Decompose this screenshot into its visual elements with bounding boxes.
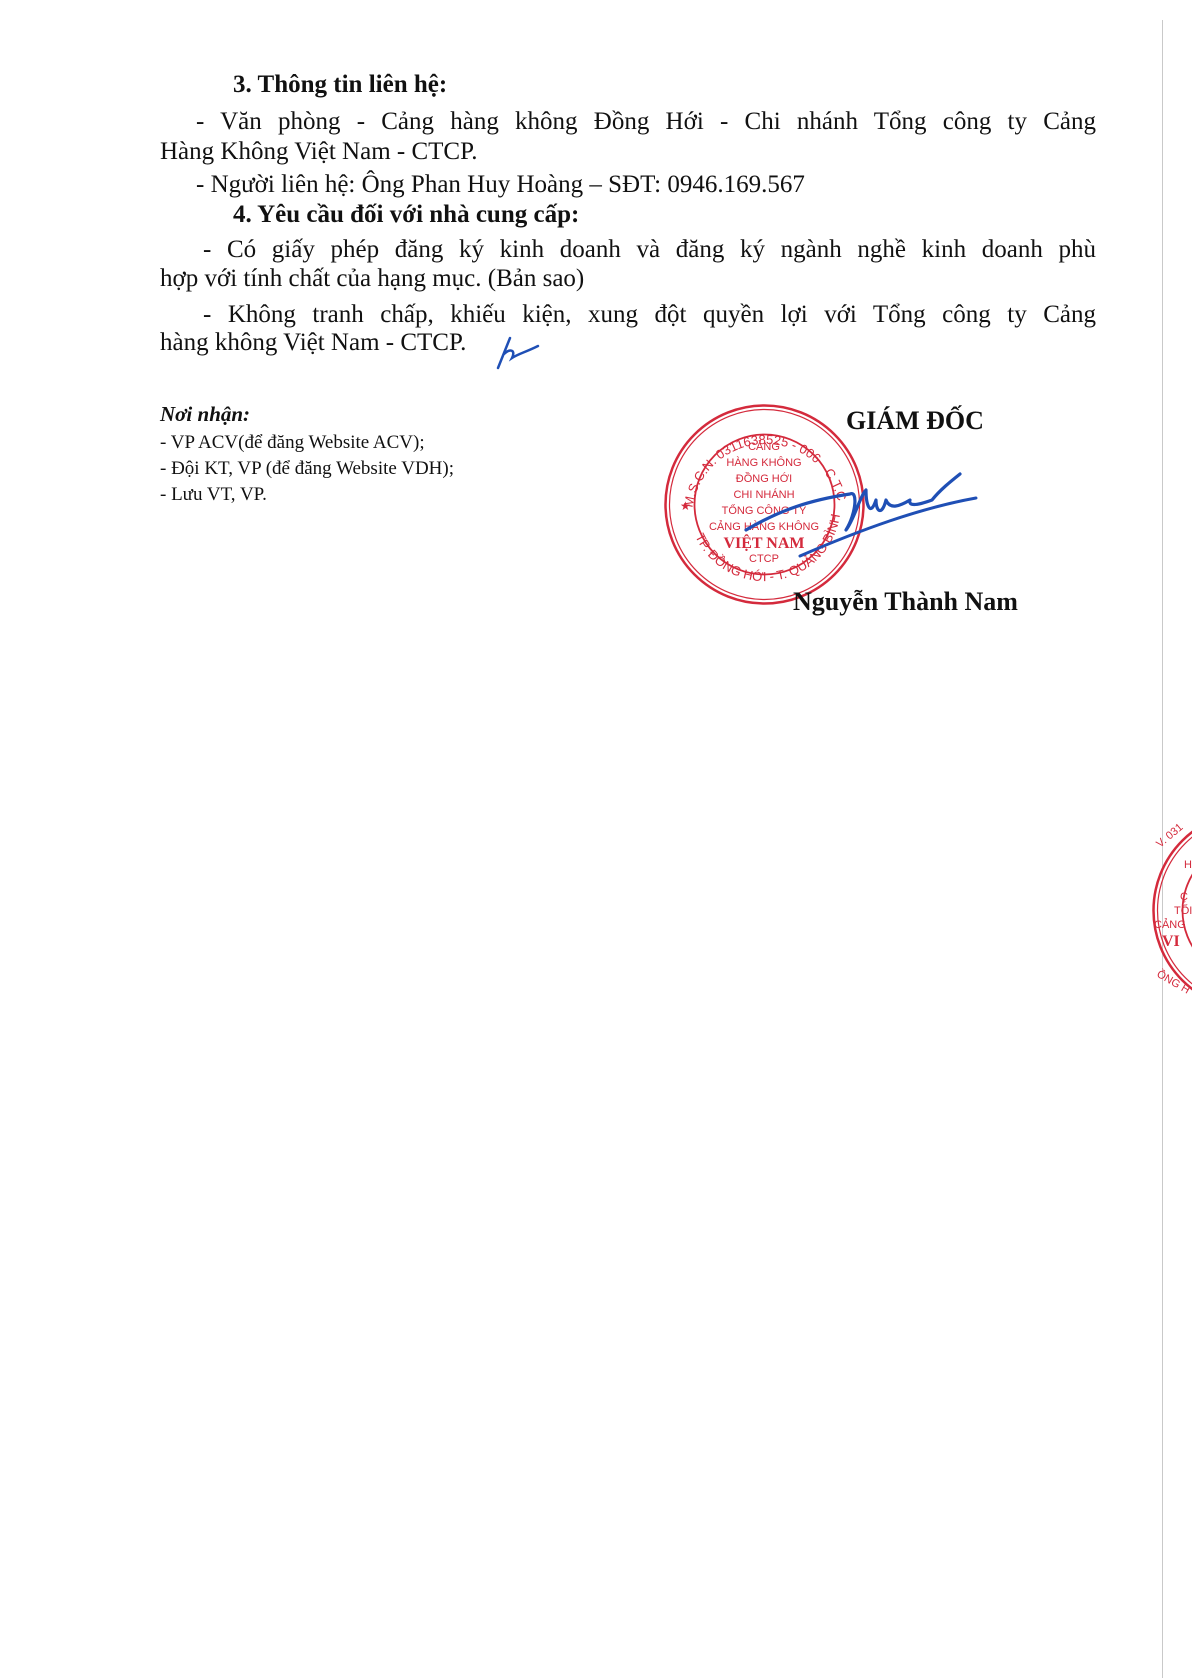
svg-text:TỔI: TỔI — [1174, 904, 1192, 917]
svg-text:VI: VI — [1162, 933, 1180, 950]
signer-name: Nguyễn Thành Nam — [793, 587, 1018, 617]
svg-text:V. 031: V. 031 — [1154, 821, 1185, 850]
svg-text:Ç: Ç — [1180, 891, 1188, 903]
office-line-1: - Văn phòng - Cảng hàng không Đồng Hới -… — [160, 107, 1096, 137]
section-4-heading: 4. Yêu cầu đối với nhà cung cấp: — [233, 200, 579, 230]
requirement-2-line-2: hàng không Việt Nam - CTCP. — [160, 328, 466, 358]
requirement-1-line-1: - Có giấy phép đăng ký kinh doanh và đăn… — [160, 235, 1096, 265]
requirement-1-line-2: hợp với tính chất của hạng mục. (Bản sao… — [160, 264, 584, 294]
edge-stamp-icon: V. 031 H Ç TỔI CẢNG VI ỒNG H — [1150, 808, 1192, 1013]
recipients-title: Nơi nhận: — [160, 402, 250, 427]
recipient-item: - Lưu VT, VP. — [160, 484, 267, 506]
section-3-heading: 3. Thông tin liên hệ: — [233, 70, 447, 100]
recipient-item: - VP ACV(để đăng Website ACV); — [160, 432, 425, 454]
recipient-item: - Đội KT, VP (để đăng Website VDH); — [160, 458, 454, 480]
svg-text:★: ★ — [680, 499, 691, 513]
office-line-2: Hàng Không Việt Nam - CTCP. — [160, 137, 477, 167]
initial-mark-icon — [496, 332, 540, 372]
svg-text:CẢNG: CẢNG — [748, 440, 780, 453]
requirement-2-line-1: - Không tranh chấp, khiếu kiện, xung đột… — [160, 300, 1096, 330]
svg-text:H: H — [1184, 859, 1192, 871]
svg-text:CẢNG: CẢNG — [1154, 918, 1186, 931]
contact-person: - Người liên hệ: Ông Phan Huy Hoàng – SĐ… — [196, 170, 805, 200]
signature-icon — [740, 460, 1000, 570]
document-page: 3. Thông tin liên hệ: - Văn phòng - Cảng… — [0, 0, 1192, 1678]
